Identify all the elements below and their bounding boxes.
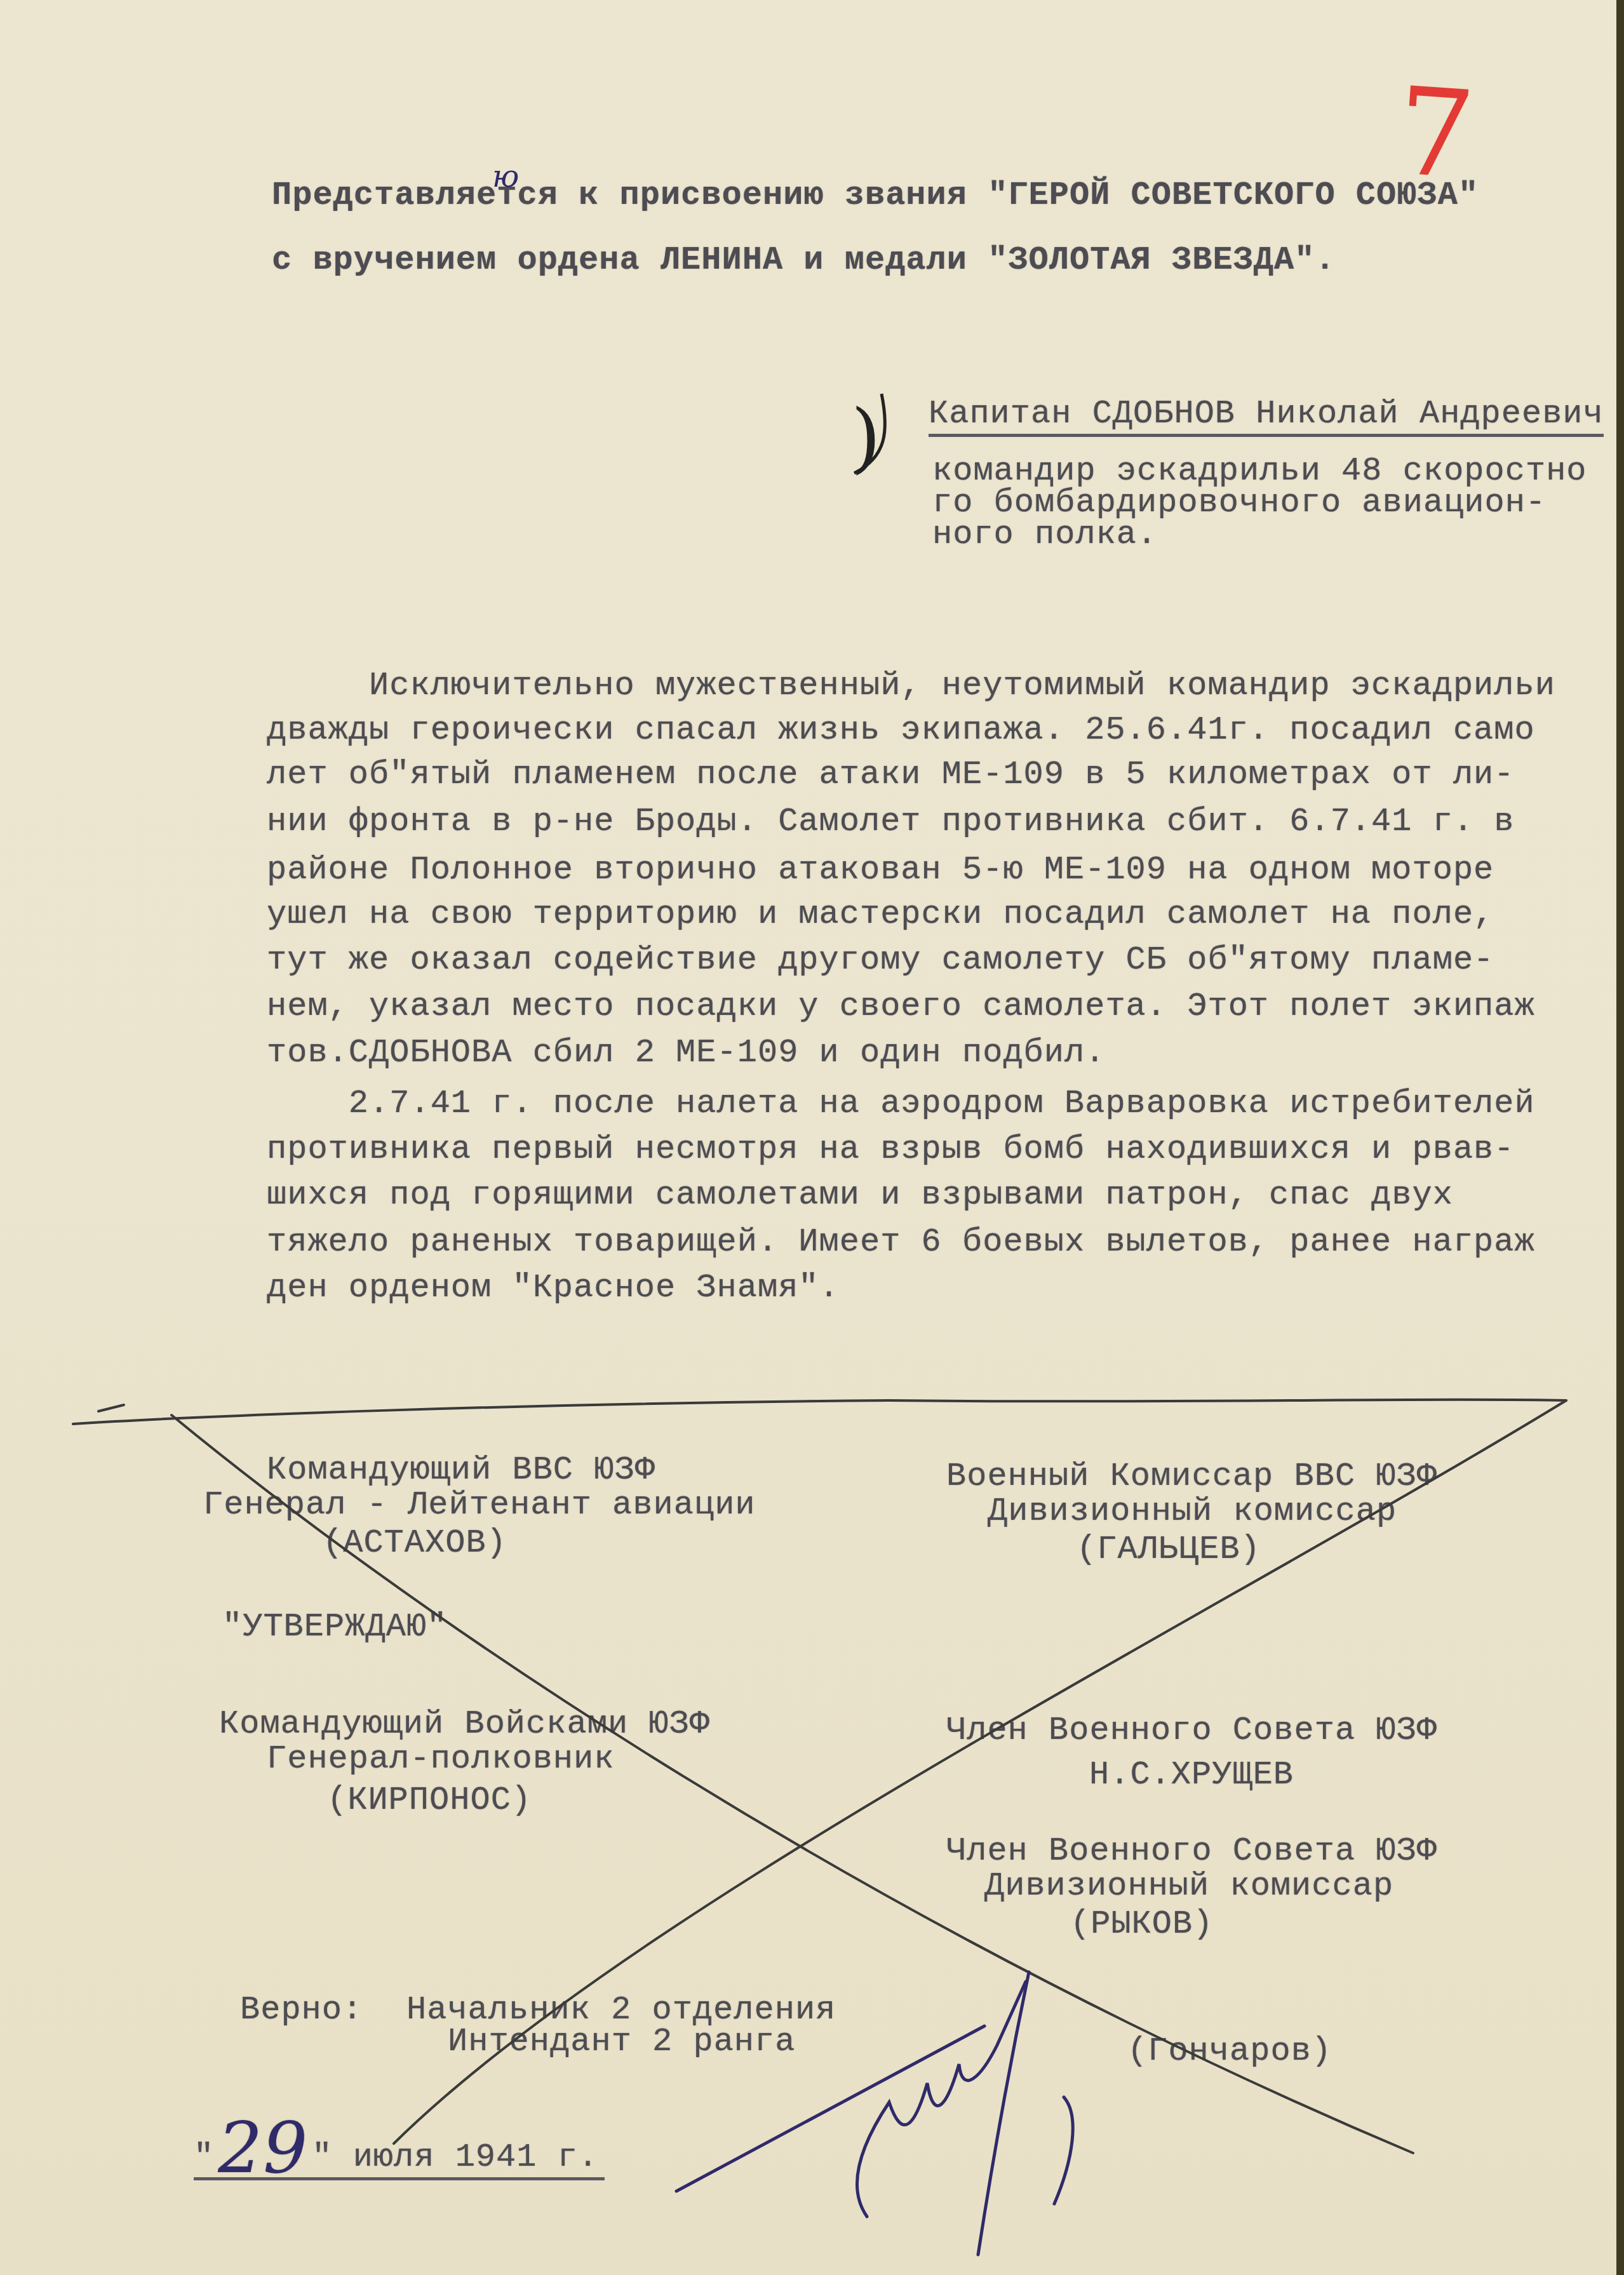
- page-edge-shadow: [1616, 0, 1624, 2275]
- signature-rank: Генерал - Лейтенант авиации: [203, 1486, 756, 1524]
- signature-title: Член Военного Совета ЮЗФ: [946, 1712, 1437, 1749]
- date-open-quote: ": [194, 2138, 214, 2176]
- body-line: тов.СДОБНОВА сбил 2 МЕ-109 и один подбил…: [267, 1034, 1105, 1071]
- body-line: 2.7.41 г. после налета на аэродром Варва…: [267, 1085, 1535, 1122]
- approve-label: "УТВЕРЖДАЮ": [222, 1608, 447, 1646]
- signature-rank: Дивизионный комиссар: [988, 1493, 1397, 1530]
- verno-label: Верно:: [240, 1991, 363, 2029]
- signature-title: Командующий Войсками ЮЗФ: [219, 1705, 710, 1743]
- body-line: Исключительно мужественный, неутомимый к…: [267, 667, 1555, 704]
- certifier-name: (Гончаров): [1127, 2032, 1332, 2070]
- signature-name: (КИРПОНОС): [327, 1782, 532, 1819]
- nominee-index-mark: ): [851, 394, 881, 482]
- body-line: ден орденом "Красное Знамя".: [267, 1269, 840, 1306]
- date-close-quote: ": [312, 2138, 332, 2176]
- body-line: противника первый несмотря на взрыв бомб…: [267, 1131, 1515, 1168]
- signature-title: Член Военного Совета ЮЗФ: [946, 1832, 1437, 1870]
- body-line: районе Полонное вторично атакован 5-ю МЕ…: [267, 851, 1494, 889]
- signature-rank: Генерал-полковник: [267, 1740, 615, 1778]
- body-line: шихся под горящими самолетами и взрывами…: [267, 1176, 1453, 1214]
- date-month-year: июля 1941 г.: [353, 2138, 598, 2176]
- body-line: тут же оказал содействие другому самолет…: [267, 941, 1494, 979]
- header-line-1: Представляется к присвоению звания "ГЕРО…: [272, 177, 1479, 214]
- date-line: "29" июля 1941 г.: [194, 2107, 605, 2189]
- correction-mark: ю: [492, 159, 519, 194]
- nominee-name: Капитан СДОБНОВ Николай Андреевич: [929, 395, 1604, 433]
- header-line-2: с вручением ордена ЛЕНИНА и медали "ЗОЛО…: [272, 241, 1336, 279]
- nominee-name-text: Капитан СДОБНОВ Николай Андреевич: [929, 395, 1604, 437]
- signature-title: Командующий ВВС ЮЗФ: [267, 1451, 655, 1489]
- body-line: нем, указал место посадки у своего самол…: [267, 988, 1535, 1025]
- body-line: дважды героически спасал жизнь экипажа. …: [267, 711, 1535, 749]
- body-line: лет об"ятый пламенем после атаки МЕ-109 …: [267, 756, 1515, 793]
- body-line: ушел на свою территорию и мастерски поса…: [267, 896, 1494, 933]
- signature-name: Н.С.ХРУЩЕВ: [1089, 1756, 1294, 1794]
- nominee-position-line: ного полка.: [932, 516, 1157, 553]
- date-day-handwritten: 29: [218, 2107, 308, 2189]
- signature-rank: Дивизионный комиссар: [984, 1867, 1393, 1905]
- signature-name: (ГАЛЬЦЕВ): [1077, 1531, 1261, 1568]
- certifier-rank: Интендант 2 ранга: [448, 2023, 796, 2060]
- body-line: нии фронта в р-не Броды. Самолет противн…: [267, 803, 1515, 840]
- signature-title: Военный Комиссар ВВС ЮЗФ: [946, 1458, 1437, 1495]
- body-line: тяжело раненых товарищей. Имеет 6 боевых…: [267, 1223, 1535, 1261]
- signature-name: (РЫКОВ): [1070, 1905, 1213, 1943]
- signature-name: (АСТАХОВ): [323, 1524, 507, 1562]
